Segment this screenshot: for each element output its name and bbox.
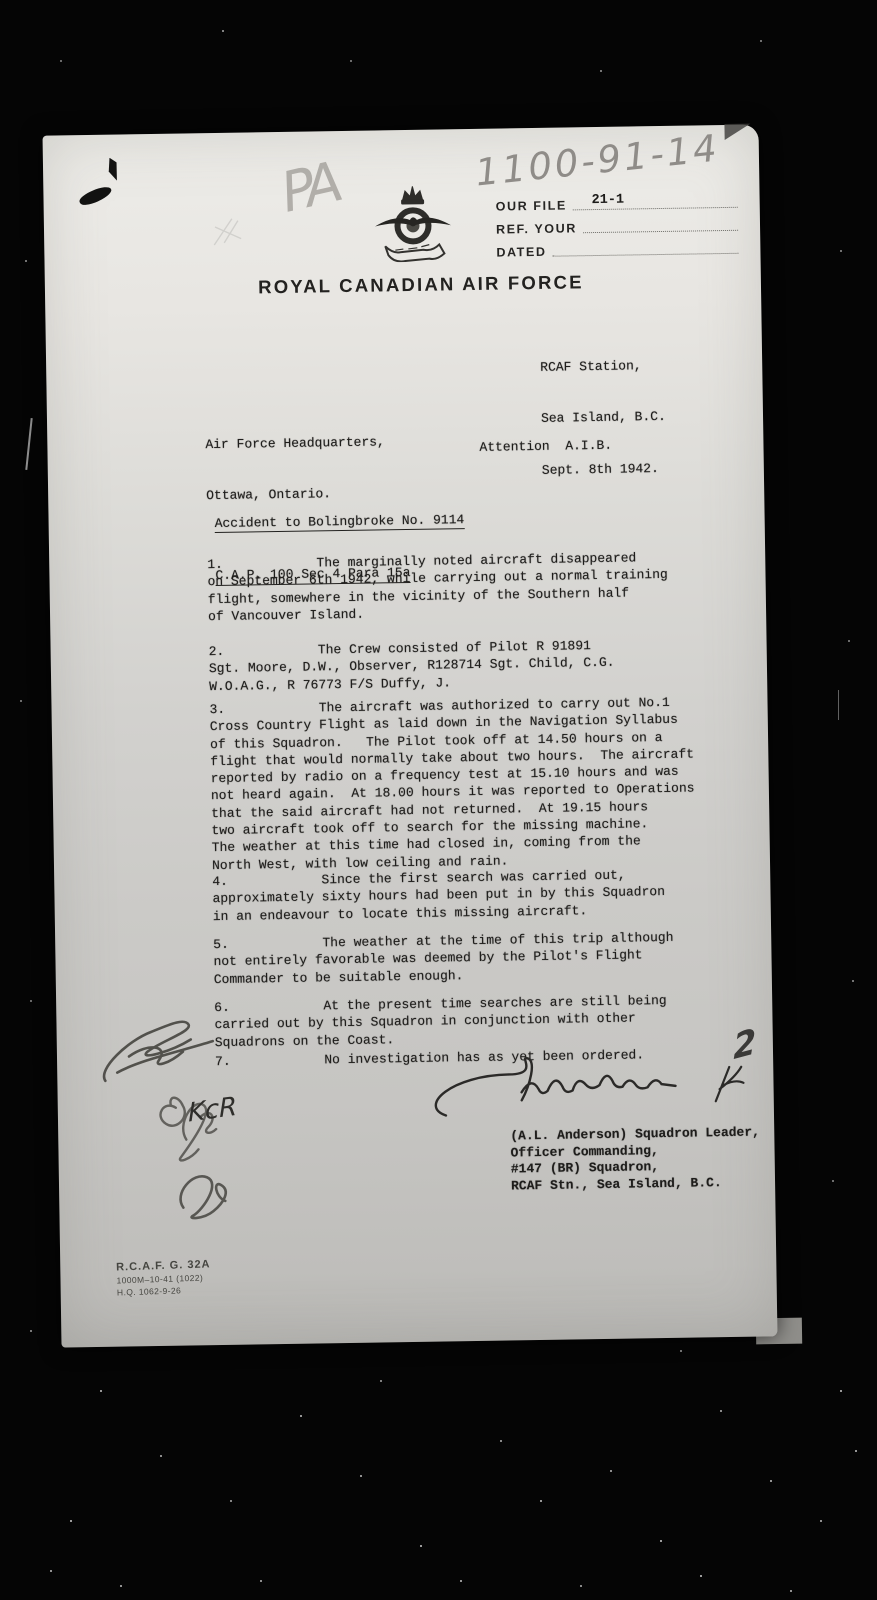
ref-your-label: REF. YOUR bbox=[496, 221, 577, 236]
origin-station-block: RCAF Station, Sea Island, B.C. Sept. 8th… bbox=[540, 322, 668, 514]
dotted-leader bbox=[583, 218, 738, 233]
origin-line: Sept. 8th 1942. bbox=[542, 460, 667, 479]
paragraph-5: 5. The weather at the time of this trip … bbox=[213, 928, 719, 988]
form-stamp-line: R.C.A.F. G. 32A bbox=[116, 1258, 211, 1273]
paper-fold bbox=[724, 124, 750, 140]
our-file-label: OUR FILE bbox=[496, 198, 567, 213]
signature-line: RCAF Stn., Sea Island, B.C. bbox=[511, 1174, 761, 1195]
our-file-value: 21-1 bbox=[591, 193, 624, 209]
form-stamp: R.C.A.F. G. 32A 1000M–10-41 (1022) H.Q. … bbox=[116, 1258, 212, 1297]
form-stamp-line: 1000M–10-41 (1022) bbox=[116, 1272, 211, 1285]
attention-line: Attention A.I.B. bbox=[479, 437, 612, 456]
paragraph-4: 4. Since the first search was carried ou… bbox=[212, 865, 718, 925]
scanned-page-background: 1100-91-14 PA OUR FILE 21-1 REF. YOUR DA… bbox=[0, 0, 877, 1600]
paragraph-2: 2. The Crew consisted of Pilot R 91891 S… bbox=[209, 635, 715, 695]
subject-line: Accident to Bolingbroke No. 9114 bbox=[214, 511, 464, 533]
dated-label: DATED bbox=[496, 245, 546, 260]
ink-blot bbox=[78, 183, 114, 208]
film-speckles bbox=[0, 0, 2, 2]
document-paper: 1100-91-14 PA OUR FILE 21-1 REF. YOUR DA… bbox=[43, 124, 778, 1347]
dated-row: DATED bbox=[496, 241, 738, 260]
paragraph-6: 6. At the present time searches are stil… bbox=[214, 991, 720, 1051]
signature-block: (A.L. Anderson) Squadron Leader, Officer… bbox=[510, 1125, 761, 1195]
film-scratch bbox=[838, 690, 839, 720]
dotted-leader bbox=[552, 241, 738, 257]
origin-line: Sea Island, B.C. bbox=[541, 408, 666, 427]
rcaf-crest-icon bbox=[369, 183, 454, 262]
ref-your-row: REF. YOUR bbox=[496, 218, 738, 237]
ink-blot bbox=[104, 158, 121, 181]
handwritten-file-number: 1100-91-14 bbox=[473, 127, 721, 195]
paragraph-1: 1. The marginally noted aircraft disappe… bbox=[207, 548, 713, 625]
recipient-line: Air Force Headquarters, bbox=[205, 433, 385, 453]
margin-initials-scribble bbox=[163, 1155, 242, 1228]
pencil-initials: PA bbox=[275, 150, 342, 224]
organization-title: ROYAL CANADIAN AIR FORCE bbox=[101, 269, 741, 301]
film-scratch bbox=[25, 418, 32, 470]
form-stamp-line: H.Q. 1062-9-26 bbox=[117, 1284, 212, 1297]
paragraph-3: 3. The aircraft was authorized to carry … bbox=[209, 693, 717, 874]
our-file-row: OUR FILE 21-1 bbox=[496, 195, 738, 214]
signature-script bbox=[423, 1045, 758, 1130]
origin-line: RCAF Station, bbox=[540, 357, 665, 376]
faint-pencil-scribble bbox=[212, 213, 247, 250]
